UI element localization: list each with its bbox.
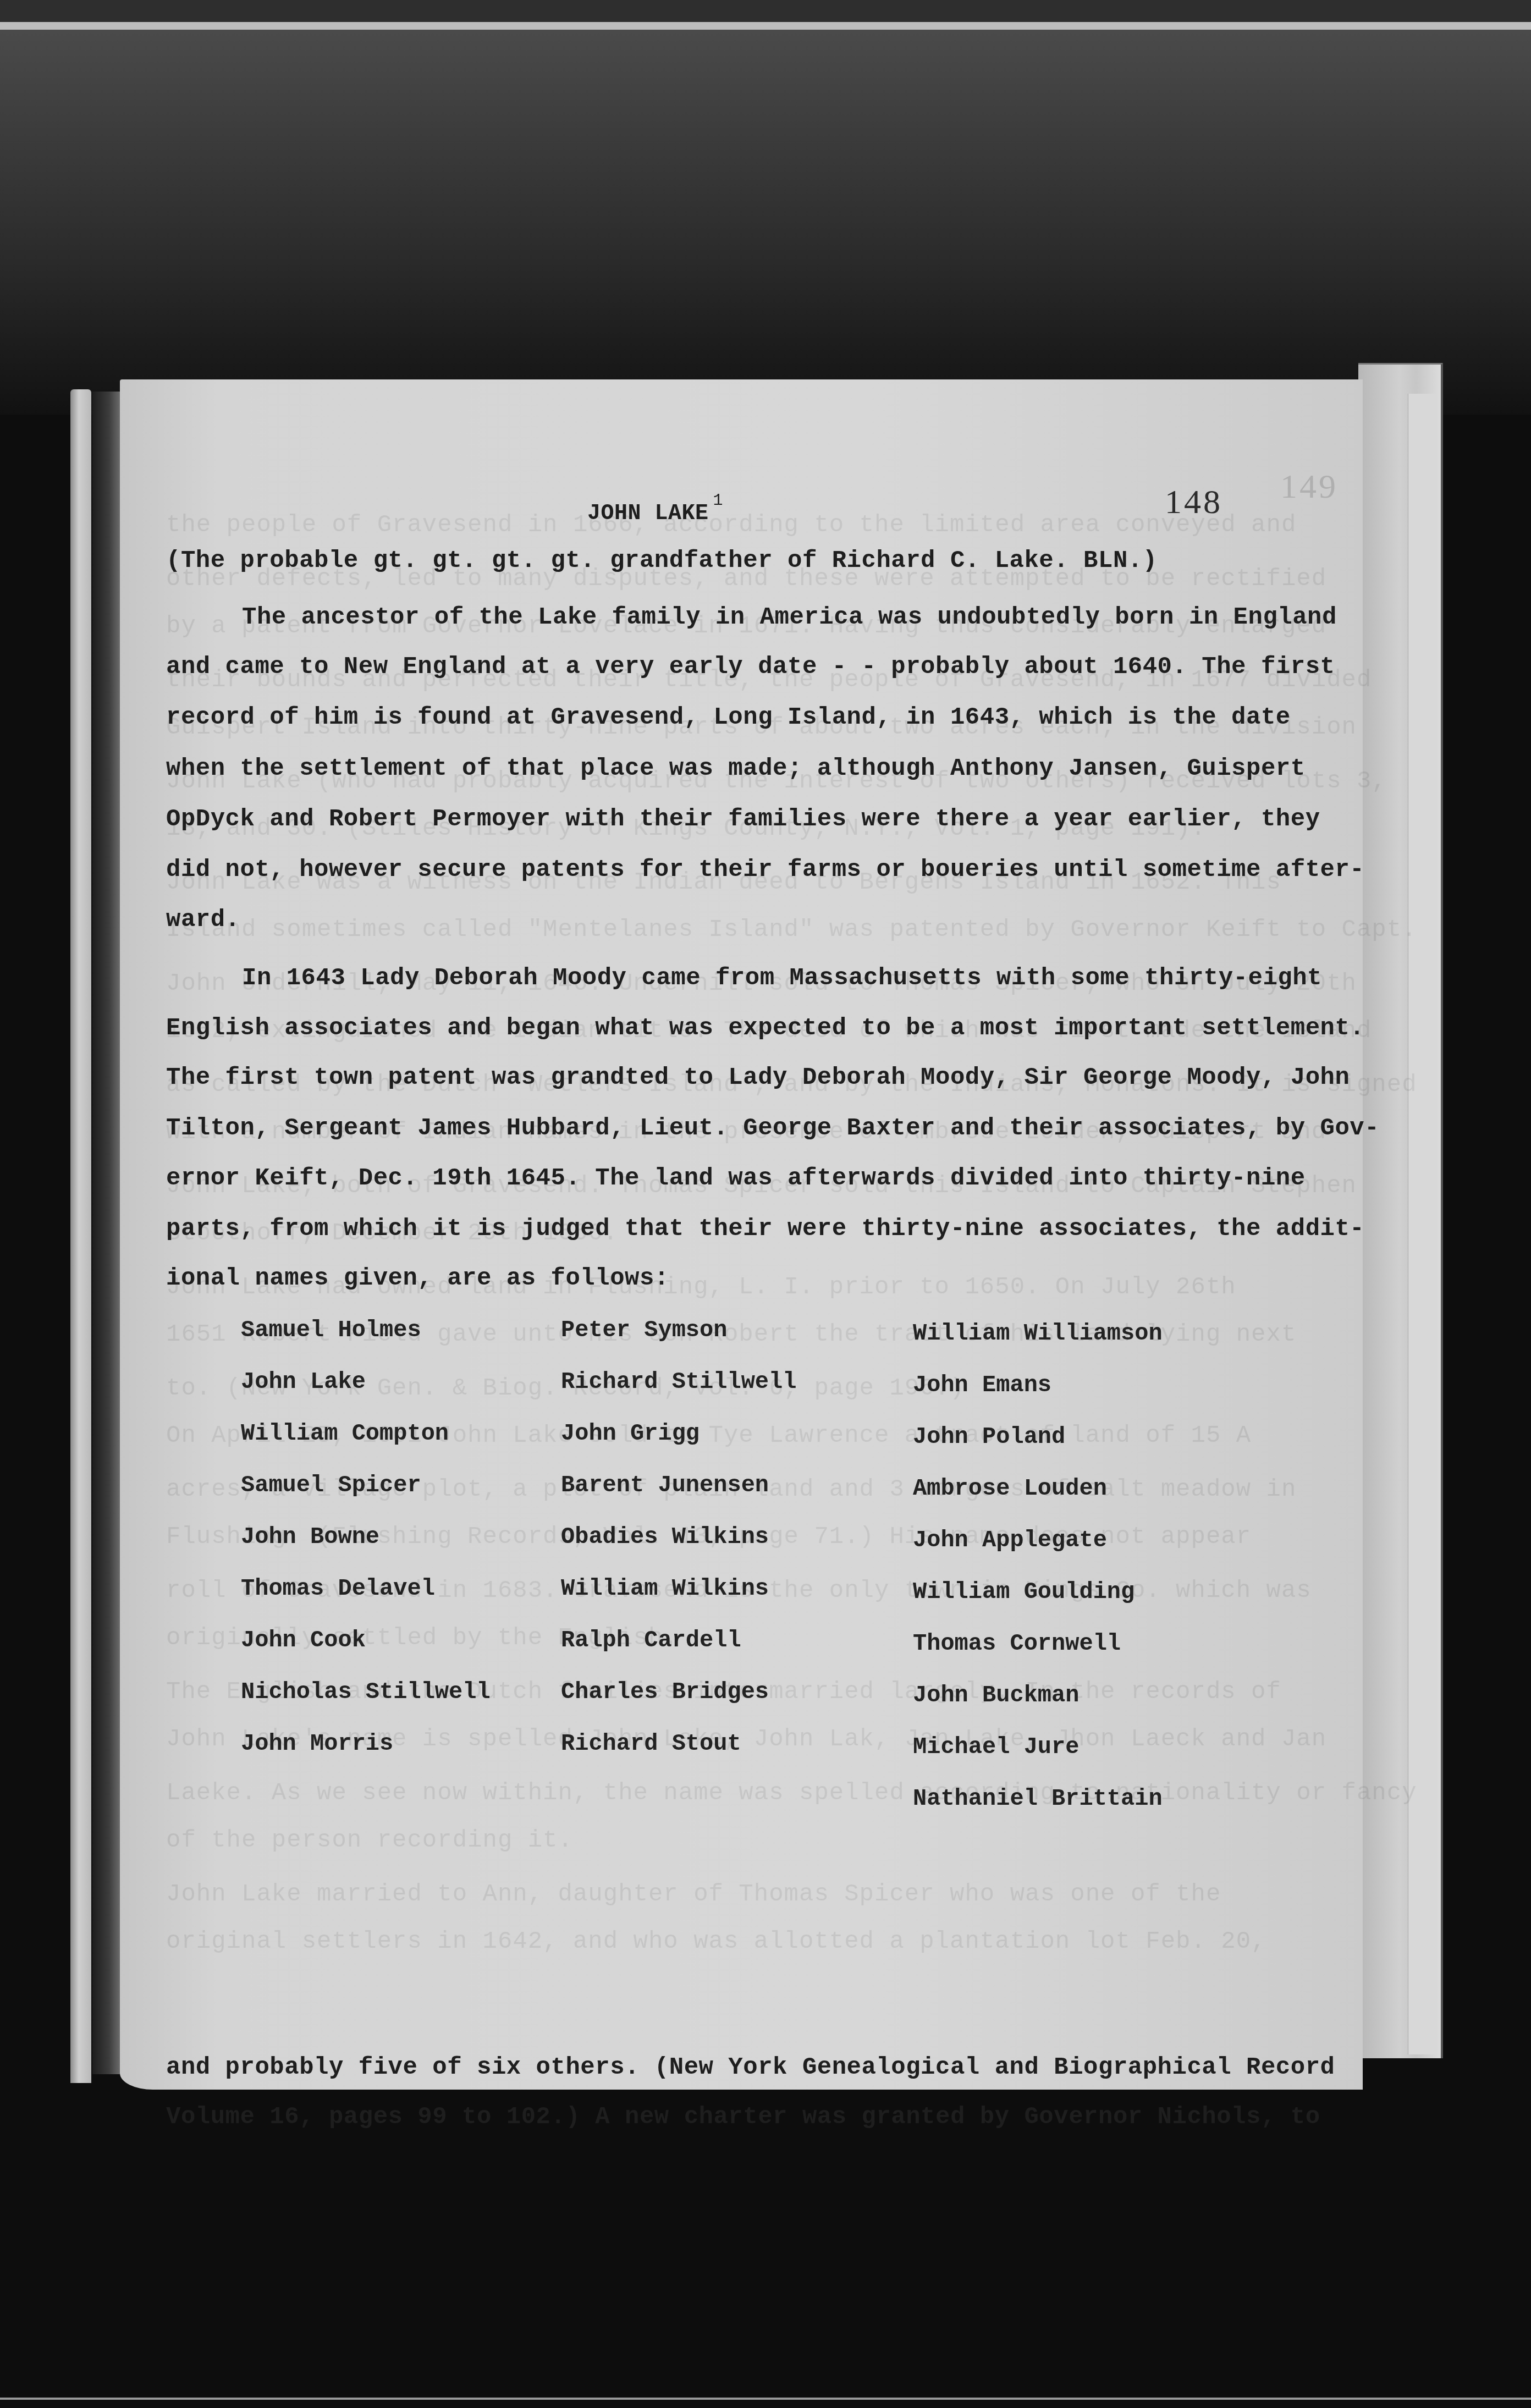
- paragraph-line: when the settlement of that place was ma…: [166, 755, 1306, 783]
- associate-name: John Emans: [913, 1372, 1051, 1398]
- associate-name: Obadies Wilkins: [561, 1524, 769, 1550]
- associate-name: John Morris: [241, 1731, 393, 1757]
- associate-name: Richard Stillwell: [561, 1369, 796, 1395]
- associate-name: Richard Stout: [561, 1731, 741, 1757]
- associate-name: John Buckman: [913, 1682, 1079, 1709]
- page-number: 148: [1165, 483, 1222, 522]
- associate-name: John Poland: [913, 1424, 1065, 1450]
- associate-name: Samuel Holmes: [241, 1317, 421, 1343]
- associate-name: William Compton: [241, 1420, 449, 1447]
- paragraph-line: The first town patent was grandted to La…: [166, 1064, 1350, 1092]
- film-strip-bottom: [0, 2398, 1531, 2400]
- associate-name: John Cook: [241, 1627, 366, 1654]
- associate-name: Nathaniel Brittain: [913, 1786, 1163, 1812]
- paragraph-line: The ancestor of the Lake family in Ameri…: [242, 604, 1337, 631]
- paragraph-line: ional names given, are as follows:: [166, 1265, 669, 1292]
- associate-name: Samuel Spicer: [241, 1472, 421, 1498]
- paragraph-line: and came to New England at a very early …: [166, 653, 1335, 681]
- associate-name: John Bowne: [241, 1524, 379, 1550]
- paragraph-line: ernor Keift, Dec. 19th 1645. The land wa…: [166, 1165, 1306, 1192]
- subtitle: (The probable gt. gt. gt. gt. grandfathe…: [166, 547, 1158, 575]
- associate-name: John Grigg: [561, 1420, 700, 1447]
- paragraph-line: parts, from which it is judged that thei…: [166, 1215, 1364, 1243]
- closing-line: Volume 16, pages 99 to 102.) A new chart…: [166, 2103, 1320, 2131]
- associate-name: Michael Jure: [913, 1734, 1079, 1760]
- title-text: JOHN LAKE: [587, 502, 709, 526]
- paragraph-line: Tilton, Sergeant James Hubbard, Lieut. G…: [166, 1115, 1379, 1142]
- film-strip-top: [0, 0, 1531, 22]
- title-footnote-marker: 1: [713, 492, 724, 510]
- paragraph-line: did not, however secure patents for thei…: [166, 856, 1364, 884]
- document-page: the people of Gravesend in 1666, accordi…: [120, 379, 1363, 2090]
- associate-name: John Lake: [241, 1369, 366, 1395]
- bleed-through-line: Island sometimes called "Mentelanes Isla…: [166, 916, 1417, 944]
- left-binding-strip: [70, 389, 91, 2083]
- paragraph-line: English associates and began what was ex…: [166, 1015, 1364, 1042]
- associate-name: William Wilkins: [561, 1575, 769, 1602]
- associate-name: Ambrose Louden: [913, 1475, 1107, 1502]
- associate-name: John Applegate: [913, 1527, 1107, 1553]
- bleed-through-line: original settlers in 1642, and who was a…: [166, 1928, 1266, 1955]
- associate-name: Peter Symson: [561, 1317, 727, 1343]
- paragraph-line: record of him is found at Gravesend, Lon…: [166, 704, 1291, 731]
- paragraph-line: In 1643 Lady Deborah Moody came from Mas…: [242, 965, 1322, 992]
- associate-name: William Goulding: [913, 1579, 1135, 1605]
- associate-name: Charles Bridges: [561, 1679, 769, 1705]
- bleed-through-line: the people of Gravesend in 1666, accordi…: [166, 511, 1296, 539]
- associate-name: Nicholas Stillwell: [241, 1679, 491, 1705]
- page-title: JOHN LAKE1: [587, 502, 723, 526]
- closing-line: and probably five of six others. (New Yo…: [166, 2054, 1335, 2081]
- film-background: [0, 30, 1531, 415]
- faint-page-number: 149: [1280, 467, 1338, 506]
- film-strip-band: [0, 22, 1531, 30]
- paragraph-line: OpDyck and Robert Permoyer with their fa…: [166, 806, 1320, 833]
- paragraph-line: ward.: [166, 906, 240, 934]
- bleed-through-line: of the person recording it.: [166, 1827, 573, 1854]
- bleed-through-line: Laeke. As we see now within, the name wa…: [166, 1779, 1417, 1807]
- associate-name: Ralph Cardell: [561, 1627, 741, 1654]
- associate-name: Thomas Delavel: [241, 1575, 435, 1602]
- bleed-through-line: John Lake married to Ann, daughter of Th…: [166, 1881, 1221, 1908]
- book-gutter: [92, 392, 120, 2074]
- associate-name: William Williamson: [913, 1320, 1163, 1347]
- associate-name: Thomas Cornwell: [913, 1630, 1121, 1657]
- associate-name: Barent Junensen: [561, 1472, 769, 1498]
